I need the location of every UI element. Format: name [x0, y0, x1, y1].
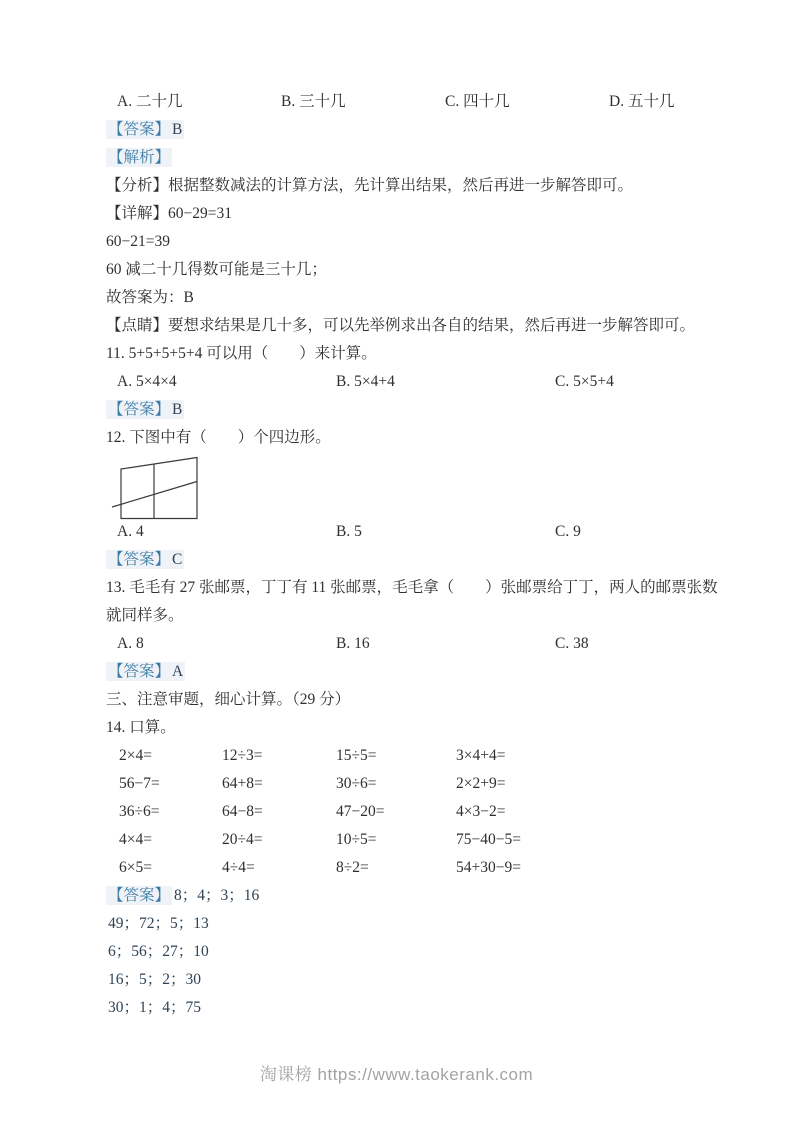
equation-cell: 75−40−5= [456, 826, 521, 854]
q14-answer-line: 16；5；2；30 [106, 966, 723, 994]
q10-answer-line: 【答案】B [106, 116, 723, 144]
q10-analysis-line: 【解析】 [106, 144, 723, 172]
q11-answer-line: 【答案】B [106, 396, 723, 424]
q14-grid-row: 36÷6=64−8=47−20=4×3−2= [106, 798, 723, 826]
answer-value: A [170, 663, 183, 680]
q12-figure [106, 452, 723, 518]
answer-values: 16；5；2；30 [106, 971, 201, 988]
q14-grid-row: 4×4=20÷4=10÷5=75−40−5= [106, 826, 723, 854]
equation-cell: 64+8= [222, 770, 336, 798]
footer-watermark: 淘课榜 https://www.taokerank.com [0, 1060, 793, 1085]
answer-value: C [170, 551, 182, 568]
q14-grid-row: 2×4=12÷3=15÷5=3×4+4= [106, 742, 723, 770]
q12-answer-line: 【答案】C [106, 546, 723, 574]
q11-options-row: A. 5×4×4B. 5×4+4C. 5×5+4 [106, 368, 723, 396]
q11-question: 11. 5+5+5+5+4 可以用（ ）来计算。 [106, 340, 723, 368]
option-c: C. 5×5+4 [555, 368, 614, 396]
equation-cell: 4÷4= [222, 854, 336, 882]
answer-values: 49；72；5；13 [106, 915, 209, 932]
q10-explain-line: 【分析】根据整数减法的计算方法，先计算出结果，然后再进一步解答即可。 [106, 172, 723, 200]
q10-options-row: A. 二十几B. 三十几C. 四十几D. 五十几 [106, 88, 723, 116]
q10-explain-line: 【详解】60−29=31 [106, 200, 723, 228]
option-a: A. 8 [117, 630, 336, 658]
equation-cell: 8÷2= [336, 854, 456, 882]
equation-cell: 2×4= [119, 742, 222, 770]
option-a: A. 5×4×4 [117, 368, 336, 396]
q14-grid-row: 56−7=64+8=30÷6=2×2+9= [106, 770, 723, 798]
equation-cell: 3×4+4= [456, 742, 505, 770]
equation-cell: 2×2+9= [456, 770, 505, 798]
option-b: B. 16 [336, 630, 555, 658]
q14-answer-line: 30；1；4；75 [106, 994, 723, 1022]
answer-marker: 【答案】 [108, 121, 170, 138]
equation-cell: 30÷6= [336, 770, 456, 798]
answer-value: B [170, 121, 182, 138]
worksheet-page: A. 二十几B. 三十几C. 四十几D. 五十几 【答案】B 【解析】 【分析】… [0, 0, 793, 1122]
option-b: B. 三十几 [281, 88, 445, 116]
option-b: B. 5 [336, 518, 555, 546]
answer-value: B [170, 401, 182, 418]
q14-answer-line: 49；72；5；13 [106, 910, 723, 938]
q10-explain-line: 60−21=39 [106, 228, 723, 256]
q14-grid-row: 6×5=4÷4=8÷2=54+30−9= [106, 854, 723, 882]
q10-explain-line: 故答案为：B [106, 284, 723, 312]
equation-cell: 15÷5= [336, 742, 456, 770]
section3-heading: 三、注意审题，细心计算。（29 分） [106, 686, 723, 714]
option-c: C. 四十几 [445, 88, 609, 116]
equation-cell: 54+30−9= [456, 854, 521, 882]
option-c: C. 9 [555, 518, 581, 546]
equation-cell: 4×3−2= [456, 798, 505, 826]
q10-explain-line: 【点睛】要想求结果是几十多，可以先举例求出各自的结果，然后再进一步解答即可。 [106, 312, 723, 340]
equation-cell: 10÷5= [336, 826, 456, 854]
answer-values: 8；4；3；16 [172, 887, 259, 904]
answer-values: 30；1；4；75 [106, 999, 201, 1016]
answer-marker: 【答案】 [108, 887, 170, 904]
equation-cell: 56−7= [119, 770, 222, 798]
equation-cell: 4×4= [119, 826, 222, 854]
option-d: D. 五十几 [609, 88, 674, 116]
q13-question-line1: 13. 毛毛有 27 张邮票，丁丁有 11 张邮票，毛毛拿（ ）张邮票给丁丁，两… [106, 574, 723, 602]
q13-answer-line: 【答案】A [106, 658, 723, 686]
option-c: C. 38 [555, 630, 589, 658]
q14-answer-line: 【答案】8；4；3；16 [106, 882, 723, 910]
equation-cell: 20÷4= [222, 826, 336, 854]
q12-options-row: A. 4B. 5C. 9 [106, 518, 723, 546]
q13-options-row: A. 8B. 16C. 38 [106, 630, 723, 658]
q14-title: 14. 口算。 [106, 714, 723, 742]
equation-cell: 47−20= [336, 798, 456, 826]
worksheet-content: A. 二十几B. 三十几C. 四十几D. 五十几 【答案】B 【解析】 【分析】… [0, 0, 793, 1022]
equation-cell: 36÷6= [119, 798, 222, 826]
option-a: A. 4 [117, 518, 336, 546]
answer-marker: 【答案】 [108, 551, 170, 568]
q13-question-line2: 就同样多。 [106, 602, 723, 630]
q14-answer-line: 6；56；27；10 [106, 938, 723, 966]
option-b: B. 5×4+4 [336, 368, 555, 396]
answer-marker: 【答案】 [108, 663, 170, 680]
analysis-marker: 【解析】 [108, 149, 170, 166]
equation-cell: 12÷3= [222, 742, 336, 770]
q10-explain-line: 60 减二十几得数可能是三十几； [106, 256, 723, 284]
option-a: A. 二十几 [117, 88, 281, 116]
quadrilateral-figure [111, 456, 203, 520]
answer-marker: 【答案】 [108, 401, 170, 418]
equation-cell: 6×5= [119, 854, 222, 882]
q12-question: 12. 下图中有（ ）个四边形。 [106, 424, 723, 452]
answer-values: 6；56；27；10 [106, 943, 209, 960]
equation-cell: 64−8= [222, 798, 336, 826]
